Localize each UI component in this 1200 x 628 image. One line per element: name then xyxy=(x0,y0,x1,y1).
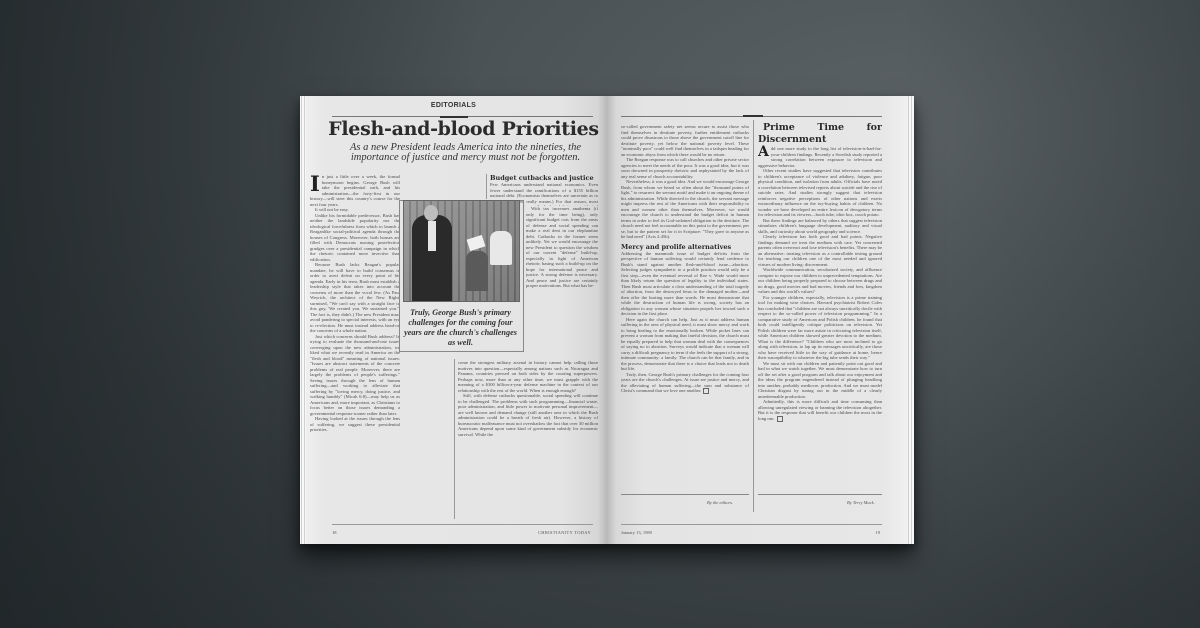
paragraph: Other recent studies have suggested that… xyxy=(758,168,882,218)
subhead: Mercy and prolife alternatives xyxy=(621,243,749,251)
paragraph: Clearly television has both good and bad… xyxy=(758,234,882,267)
folio-page-number: 19 xyxy=(876,530,881,535)
signature-rule xyxy=(621,494,749,495)
page-edges xyxy=(300,96,306,544)
paragraph: But these findings are balanced by other… xyxy=(758,218,882,235)
column-divider xyxy=(753,120,754,512)
column-divider xyxy=(486,174,487,199)
article-dek: As a new President leads America into th… xyxy=(330,143,601,163)
column-divider xyxy=(454,359,455,519)
paragraph: With tax increases anathema (if only for… xyxy=(526,206,598,289)
section-label: EDITORIALS xyxy=(300,102,607,109)
left-column-1-top: In just a little over a week, the formal… xyxy=(310,174,400,433)
left-column-2-wrap: With tax increases anathema (if only for… xyxy=(526,206,598,358)
dropcap: I xyxy=(310,175,320,192)
paragraph: so-called government safety net seems se… xyxy=(621,124,749,157)
right-column-1: so-called government safety net seems se… xyxy=(621,124,749,494)
paragraph: Having looked at the issues through the … xyxy=(310,416,400,433)
paragraph: Still, with defense cutbacks questionabl… xyxy=(458,393,598,437)
article-headline: Flesh-and-blood Priorities xyxy=(320,118,607,140)
paragraph: We must sit with our children and patien… xyxy=(758,361,882,400)
paragraph: n just a little over a week, the formal … xyxy=(310,174,400,207)
page-edges xyxy=(908,96,914,544)
photo-bush-with-children xyxy=(403,200,520,302)
photo-figure-head xyxy=(424,205,438,221)
paragraph: Just which concerns should Bush address?… xyxy=(310,334,400,417)
paragraph: Here again the church can help. Just as … xyxy=(621,317,749,372)
paragraph: Addressing the mammoth issue of budget d… xyxy=(621,251,749,317)
paragraph: Admittedly, this is more difficult and t… xyxy=(758,399,882,422)
paragraph: The Reagan response was to call churches… xyxy=(621,157,749,179)
signature-rule xyxy=(758,494,882,495)
right-page: so-called government safety net seems se… xyxy=(607,96,914,544)
paragraph: come the strongest military arsenal in h… xyxy=(458,360,598,393)
paragraph: dd one more study to the long list of te… xyxy=(758,146,882,168)
end-mark-icon xyxy=(703,388,709,394)
photo-child xyxy=(466,251,488,291)
end-mark-icon xyxy=(777,416,783,422)
sidebar-headline: Prime Time for Discernment xyxy=(758,122,882,146)
byline: By the editors. xyxy=(707,500,733,505)
right-column-2: Prime Time for Discernment Add one more … xyxy=(758,122,882,494)
magazine-spread: EDITORIALS Flesh-and-blood Priorities As… xyxy=(300,96,914,544)
footer-rule xyxy=(621,524,882,525)
photo-child xyxy=(490,231,512,265)
folio-page-number: 18 xyxy=(332,530,337,535)
paragraph: Because Bush lacks Reagan's popular mand… xyxy=(310,262,400,334)
left-column-2-bottom: come the strongest military arsenal in h… xyxy=(458,360,598,520)
subhead: Budget cutbacks and justice xyxy=(490,174,598,182)
paragraph: Unlike his formidable predecessor, Bush … xyxy=(310,213,400,263)
paragraph: For younger children, especially, televi… xyxy=(758,295,882,361)
photo-paper xyxy=(467,235,486,251)
header-rule-mark xyxy=(743,115,763,117)
folio-date: January 13, 1989 xyxy=(621,530,652,535)
photo-caption: Truly, George Bush's primary challenges … xyxy=(400,308,521,348)
paragraph: Nevertheless, it was a good idea. And we… xyxy=(621,179,749,240)
left-page: EDITORIALS Flesh-and-blood Priorities As… xyxy=(300,96,607,544)
paragraph: Worldwide communication, secularized soc… xyxy=(758,267,882,295)
dropcap: A xyxy=(758,147,769,158)
footer-rule xyxy=(332,524,593,525)
folio-title: CHRISTIANITY TODAY xyxy=(538,530,591,535)
photo-figure-shirt xyxy=(428,221,436,251)
byline: By Terry Muck. xyxy=(847,500,875,505)
paragraph: Truly, then, George Bush's primary chall… xyxy=(621,372,749,395)
